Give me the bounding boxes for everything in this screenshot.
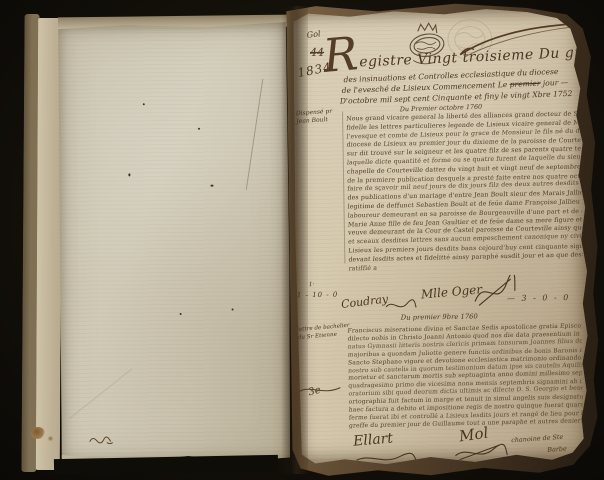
paper-stain [31,427,45,439]
bottom-shadow-gap [54,455,278,475]
right-page-manuscript: Gol 44 1834 [290,6,593,469]
heading-ornate-initial: R [321,30,359,79]
paper-crease [246,79,264,190]
entry2-text-block: Franciscus miseratione divina et Sanctae… [347,324,583,430]
paper-crease [69,368,132,419]
ink-speck [210,185,213,187]
ink-speck [143,103,145,105]
entry1-text-block: Nous grand vicaire general la liberté de… [346,112,582,274]
margin-amount-small: 1· [309,281,315,288]
paper-stain [47,436,54,441]
ink-squiggle-mark [89,434,117,446]
heading-line3-post: jour — [540,78,568,88]
archival-register-scan: Gol 44 1834 [0,0,604,480]
ink-speck [128,173,130,176]
signature-coudray: Coudray [340,292,388,311]
ink-speck [232,308,234,310]
book-gutter-shadow [281,6,308,474]
page-block-edge [36,18,62,470]
heading-line3-struck-word: premier [510,79,541,89]
ink-speck [180,313,182,315]
signature-paraph [385,298,417,313]
signature-title: Barbe [547,445,567,454]
signature-title: chanoine de Ste [511,433,564,445]
signature-ellart: Ellart [353,430,394,449]
margin-rule-line [342,112,345,264]
signature-mol: Mol [458,424,489,446]
corner-annotation: Gol [306,29,321,40]
margin-amount-right: — 3 - 0 - 0 [507,293,571,303]
ink-speck [198,128,200,130]
entry2-dateline: Du premier 9bre 1760 [359,312,519,323]
left-page-blank [57,22,292,466]
